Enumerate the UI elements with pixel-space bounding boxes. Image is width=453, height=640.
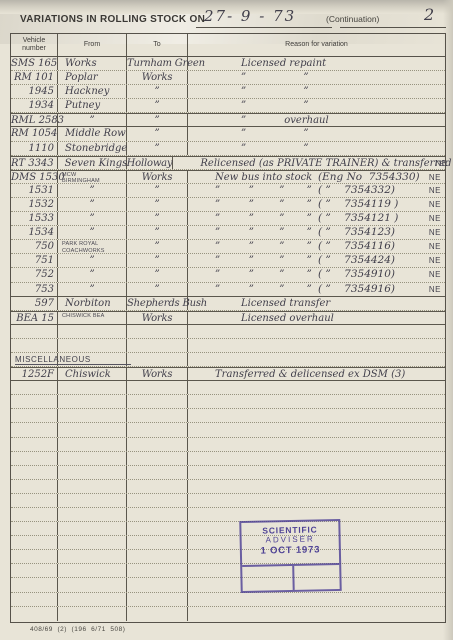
- ne-marker: NE: [429, 185, 441, 197]
- cell-from: [58, 522, 127, 535]
- cell-to: [127, 593, 188, 606]
- cell-to: ”: [127, 142, 188, 155]
- header-cell-reason: Reason for variation: [188, 34, 445, 56]
- cell-from: Middle Row: [58, 127, 127, 140]
- ne-marker: NE: [429, 269, 441, 281]
- cell-reason: ” ”: [188, 142, 445, 155]
- stamp-grid-divider: [292, 566, 295, 590]
- table-row: SMS 165 Works Turnham Green Licensed rep…: [11, 57, 445, 71]
- table-row: 752 ” ” ” ” ” ”( ” 7354910)NE: [11, 268, 445, 282]
- ne-marker: NE: [435, 158, 447, 170]
- cell-to: ”: [127, 184, 188, 197]
- cell-from: CHISWICK BEA: [58, 312, 127, 324]
- header-cell-to: To: [127, 34, 188, 56]
- cell-vehicle-number: [11, 593, 58, 606]
- cell-to: [127, 480, 188, 493]
- cell-reason: Licensed overhaul: [188, 312, 445, 324]
- table-row: 1534 ” ” ” ” ” ”( ” 7354123)NE: [11, 226, 445, 240]
- cell-from: [58, 508, 127, 521]
- cell-to: Works: [127, 71, 188, 84]
- cell-from: [58, 466, 127, 479]
- cell-reason: [188, 480, 445, 493]
- cell-vehicle-number: RT 3343: [11, 157, 58, 169]
- cell-to: [127, 423, 188, 436]
- cell-reason: ” ”: [188, 85, 445, 98]
- table-row: RM 101 Poplar Works ” ”: [11, 71, 445, 85]
- cell-reason: [188, 494, 445, 507]
- reason-text: ” overhaul: [241, 115, 329, 126]
- cell-to: [127, 564, 188, 577]
- cell-from: [58, 452, 127, 465]
- cell-vehicle-number: 1533: [11, 212, 58, 225]
- cell-to: [127, 381, 188, 394]
- cell-vehicle-number: 597: [11, 297, 58, 310]
- cell-to: ”: [127, 283, 188, 296]
- cell-to: ”: [127, 268, 188, 281]
- engine-number: ( ” 7354916): [318, 283, 395, 295]
- cell-from: ”: [58, 114, 127, 126]
- table-row: [11, 409, 445, 423]
- table-row: 751 ” ” ” ” ” ”( ” 7354424)NE: [11, 254, 445, 268]
- cell-reason: [188, 353, 445, 366]
- cell-reason: ” ” ” ”( ” 7354910)NE: [188, 268, 445, 281]
- cell-to: Works: [127, 312, 188, 324]
- cell-vehicle-number: [11, 438, 58, 451]
- cell-to: ”: [127, 114, 188, 126]
- cell-to: Works: [127, 171, 188, 183]
- table-header: Vehicle number From To Reason for variat…: [11, 34, 445, 57]
- cell-vehicle-number: RM 101: [11, 71, 58, 84]
- cell-reason: ” overhaul: [188, 114, 445, 126]
- table-row: [11, 550, 445, 564]
- cell-from: Works: [58, 57, 127, 70]
- cell-vehicle-number: RM 1054: [11, 127, 58, 140]
- ne-marker: NE: [429, 227, 441, 239]
- table-row: RM 1054 Middle Row ” ” ”: [11, 127, 445, 141]
- cell-reason: ” ” ” ”( ” 7354123)NE: [188, 226, 445, 239]
- reason-text: Relicensed (as PRIVATE TRAINER) & transf…: [200, 158, 451, 169]
- rolling-stock-table: Vehicle number From To Reason for variat…: [10, 33, 446, 623]
- cell-vehicle-number: 1532: [11, 198, 58, 211]
- reason-text: ” ”: [241, 100, 308, 111]
- cell-vehicle-number: [11, 325, 58, 338]
- cell-to: ”: [127, 85, 188, 98]
- reason-text: ” ” ” ”: [215, 255, 312, 266]
- cell-from: [58, 480, 127, 493]
- cell-vehicle-number: RML 2583: [11, 114, 58, 126]
- cell-to: Works: [127, 368, 188, 380]
- cell-vehicle-number: SMS 165: [11, 57, 58, 70]
- cell-reason: [188, 381, 445, 394]
- cell-reason: [188, 593, 445, 606]
- reason-text: ” ”: [241, 72, 308, 83]
- reason-text: ” ” ” ”: [215, 199, 312, 210]
- cell-from: [58, 423, 127, 436]
- cell-to: [127, 536, 188, 549]
- table-row: 753 ” ” ” ” ” ”( ” 7354916)NE: [11, 283, 445, 297]
- cell-from: Poplar: [58, 71, 127, 84]
- table-row: MISCELLANEOUS: [11, 353, 445, 367]
- cell-vehicle-number: BEA 15: [11, 312, 58, 324]
- cell-vehicle-number: 1110: [11, 142, 58, 155]
- cell-from: [58, 325, 127, 338]
- table-row: 1533 ” ” ” ” ” ”( ” 7354121 )NE: [11, 212, 445, 226]
- cell-reason: [188, 466, 445, 479]
- cell-from: Chiswick: [58, 368, 127, 380]
- reason-text: Licensed repaint: [241, 58, 326, 69]
- table-row: [11, 578, 445, 592]
- reason-text: ” ” ” ”: [215, 284, 312, 295]
- cell-reason: ” ” ” ”( ” 7354121 )NE: [188, 212, 445, 225]
- cell-from: [58, 494, 127, 507]
- cell-reason: [188, 438, 445, 451]
- cell-from: [58, 536, 127, 549]
- stamp-date: 1 OCT 1973: [242, 544, 339, 557]
- miscellaneous-label: MISCELLANEOUS: [15, 355, 131, 365]
- table-row: [11, 522, 445, 536]
- ne-marker: NE: [429, 241, 441, 253]
- table-row: [11, 452, 445, 466]
- table-row: [11, 593, 445, 607]
- cell-to: [127, 395, 188, 408]
- table-row: 597 Norbiton Shepherds Bush Licensed tra…: [11, 297, 445, 311]
- cell-vehicle-number: [11, 339, 58, 352]
- cell-to: ”: [127, 212, 188, 225]
- cell-to: ”: [127, 254, 188, 267]
- cell-reason: Transferred & delicensed ex DSM (3): [188, 368, 445, 380]
- reason-text: New bus into stock: [215, 172, 312, 183]
- table-row: [11, 494, 445, 508]
- cell-from: [58, 339, 127, 352]
- table-row: [11, 536, 445, 550]
- cell-vehicle-number: [11, 522, 58, 535]
- cell-to: ”: [127, 198, 188, 211]
- cell-to: [127, 339, 188, 352]
- table-row: 1252F Chiswick Works Transferred & delic…: [11, 367, 445, 381]
- table-row: [11, 508, 445, 522]
- cell-to: [127, 452, 188, 465]
- cell-from: [58, 381, 127, 394]
- table-row: DMS 1530 MCW BIRMINGHAM Works New bus in…: [11, 170, 445, 184]
- table-row: 750 PARK ROYAL COACHWORKS ” ” ” ” ”( ” 7…: [11, 240, 445, 254]
- cell-reason: ” ” ” ”( ” 7354119 )NE: [188, 198, 445, 211]
- cell-from: [58, 438, 127, 451]
- table-row: [11, 607, 445, 621]
- cell-to: Turnham Green: [127, 57, 188, 70]
- reason-text: ” ” ” ”: [215, 185, 312, 196]
- cell-vehicle-number: 751: [11, 254, 58, 267]
- ne-marker: NE: [429, 172, 441, 184]
- cell-from: [58, 578, 127, 591]
- cell-reason: ” ”: [188, 99, 445, 112]
- cell-vehicle-number: [11, 550, 58, 563]
- ne-marker: NE: [429, 284, 441, 296]
- cell-from: Norbiton: [58, 297, 127, 310]
- engine-number: ( ” 7354910): [318, 268, 395, 280]
- cell-reason: [188, 452, 445, 465]
- table-row: BEA 15 CHISWICK BEA Works Licensed overh…: [11, 311, 445, 325]
- reason-text: ” ” ” ”: [215, 213, 312, 224]
- cell-from: ”: [58, 283, 127, 296]
- cell-vehicle-number: 1534: [11, 226, 58, 239]
- continuation-underline: [340, 27, 446, 28]
- cell-from: PARK ROYAL COACHWORKS: [58, 240, 127, 253]
- engine-number: ( ” 7354332): [318, 184, 395, 196]
- cell-from: [58, 593, 127, 606]
- reason-text: ” ”: [241, 86, 308, 97]
- table-row: [11, 395, 445, 409]
- cell-from: Stonebridge: [58, 142, 127, 155]
- cell-to: [127, 409, 188, 422]
- cell-reason: [188, 607, 445, 621]
- ne-marker: NE: [429, 213, 441, 225]
- table-row: [11, 466, 445, 480]
- cell-reason: ” ” ” ”( ” 7354116)NE: [188, 240, 445, 253]
- table-row: [11, 325, 445, 339]
- cell-reason: [188, 395, 445, 408]
- cell-from: [58, 409, 127, 422]
- cell-to: [127, 325, 188, 338]
- cell-vehicle-number: [11, 409, 58, 422]
- continuation-label: (Continuation): [326, 14, 379, 24]
- cell-reason: [188, 409, 445, 422]
- cell-vehicle-number: [11, 578, 58, 591]
- cell-to: [127, 550, 188, 563]
- cell-vehicle-number: 752: [11, 268, 58, 281]
- table-row: [11, 564, 445, 578]
- cell-reason: ” ” ” ”( ” 7354424)NE: [188, 254, 445, 267]
- cell-to: ”: [127, 127, 188, 140]
- reason-text: Licensed overhaul: [241, 313, 334, 324]
- cell-from: Hackney: [58, 85, 127, 98]
- cell-vehicle-number: [11, 564, 58, 577]
- cell-vehicle-number: [11, 395, 58, 408]
- cell-from: ”: [58, 198, 127, 211]
- table-row: 1934 Putney ” ” ”: [11, 99, 445, 113]
- cell-to: [127, 494, 188, 507]
- cell-from: ”: [58, 254, 127, 267]
- table-row: RT 3343 Seven Kings Holloway Relicensed …: [11, 156, 445, 170]
- cell-from: ”: [58, 268, 127, 281]
- scientific-adviser-stamp: SCIENTIFIC ADVISER 1 OCT 1973: [239, 519, 341, 593]
- cell-reason: ” ”: [188, 127, 445, 140]
- engine-number: ( ” 7354119 ): [318, 198, 398, 210]
- date-underline: [196, 27, 332, 28]
- table-row: 1945 Hackney ” ” ”: [11, 85, 445, 99]
- cell-reason: ” ”: [188, 71, 445, 84]
- header-cell-from: From: [58, 34, 127, 56]
- engine-number: ( ” 7354424): [318, 254, 395, 266]
- cell-vehicle-number: [11, 536, 58, 549]
- table-row: 1531 ” ” ” ” ” ”( ” 7354332)NE: [11, 184, 445, 198]
- ne-marker: NE: [429, 255, 441, 267]
- cell-to: [127, 607, 188, 621]
- table-row: 1110 Stonebridge ” ” ”: [11, 142, 445, 156]
- cell-vehicle-number: [11, 381, 58, 394]
- cell-to: [127, 438, 188, 451]
- cell-vehicle-number: [11, 607, 58, 621]
- cell-from: [58, 607, 127, 621]
- cell-vehicle-number: [11, 452, 58, 465]
- cell-reason: Relicensed (as PRIVATE TRAINER) & transf…: [173, 157, 451, 169]
- reason-text: ” ”: [241, 128, 308, 139]
- cell-to: ”: [127, 240, 188, 253]
- cell-vehicle-number: 1934: [11, 99, 58, 112]
- cell-reason: [188, 325, 445, 338]
- table-body: SMS 165 Works Turnham Green Licensed rep…: [11, 57, 445, 621]
- header-cell-vehicle: Vehicle number: [11, 34, 58, 56]
- table-row: [11, 423, 445, 437]
- cell-vehicle-number: 1531: [11, 184, 58, 197]
- reason-text: ” ” ” ”: [215, 227, 312, 238]
- cell-from: [58, 550, 127, 563]
- table-row: [11, 339, 445, 353]
- cell-to: Holloway: [127, 157, 174, 169]
- date-handwritten: 27- 9 - 73: [204, 7, 296, 25]
- cell-vehicle-number: [11, 423, 58, 436]
- cell-from: ”: [58, 184, 127, 197]
- cell-from: ”: [58, 226, 127, 239]
- reason-text: Licensed transfer: [241, 298, 330, 309]
- cell-to: [127, 508, 188, 521]
- cell-reason: [188, 339, 445, 352]
- cell-vehicle-number: [11, 466, 58, 479]
- cell-from: [58, 395, 127, 408]
- cell-vehicle-number: DMS 1530: [11, 171, 58, 183]
- table-row: [11, 480, 445, 494]
- table-row: 1532 ” ” ” ” ” ”( ” 7354119 )NE: [11, 198, 445, 212]
- cell-from: [58, 564, 127, 577]
- cell-reason: ” ” ” ”( ” 7354916)NE: [188, 283, 445, 296]
- cell-vehicle-number: 1945: [11, 85, 58, 98]
- cell-to: ”: [127, 99, 188, 112]
- cell-reason: Licensed transfer: [188, 297, 445, 310]
- cell-vehicle-number: 750: [11, 240, 58, 253]
- cell-vehicle-number: 1252F: [11, 368, 58, 380]
- cell-to: [127, 353, 188, 366]
- cell-to: [127, 522, 188, 535]
- cell-to: [127, 466, 188, 479]
- cell-to: [127, 578, 188, 591]
- cell-from: Putney: [58, 99, 127, 112]
- reason-text: ” ”: [241, 143, 308, 154]
- cell-from: Seven Kings: [58, 157, 127, 169]
- stamp-grid: [242, 563, 340, 591]
- cell-reason: New bus into stock(Eng No 7354330)NE: [188, 171, 445, 183]
- footer-reference: 408/69 (2) (196 6/71 508): [30, 626, 125, 633]
- table-row: [11, 438, 445, 452]
- cell-reason: ” ” ” ”( ” 7354332)NE: [188, 184, 445, 197]
- cell-vehicle-number: [11, 494, 58, 507]
- reason-text: ” ” ” ”: [215, 269, 312, 280]
- cell-from: MCW BIRMINGHAM: [58, 171, 127, 183]
- ne-marker: NE: [429, 199, 441, 211]
- cell-vehicle-number: [11, 508, 58, 521]
- table-row: [11, 381, 445, 395]
- engine-number: ( ” 7354116): [318, 240, 395, 252]
- cell-vehicle-number: 753: [11, 283, 58, 296]
- cell-from: ”: [58, 212, 127, 225]
- cell-vehicle-number: [11, 480, 58, 493]
- page-number: 2: [424, 5, 434, 24]
- cell-to: ”: [127, 226, 188, 239]
- reason-text: ” ” ” ”: [215, 241, 312, 252]
- engine-number: ( ” 7354123): [318, 226, 395, 238]
- engine-number: ( ” 7354121 ): [318, 212, 398, 224]
- reason-text: Transferred & delicensed ex DSM (3): [215, 369, 405, 380]
- cell-reason: [188, 423, 445, 436]
- cell-to: Shepherds Bush: [127, 297, 188, 310]
- table-row: RML 2583 ” ” ” overhaul: [11, 113, 445, 127]
- cell-reason: Licensed repaint: [188, 57, 445, 70]
- engine-number: (Eng No 7354330): [318, 171, 420, 183]
- page-title: VARIATIONS IN ROLLING STOCK ON: [20, 14, 205, 25]
